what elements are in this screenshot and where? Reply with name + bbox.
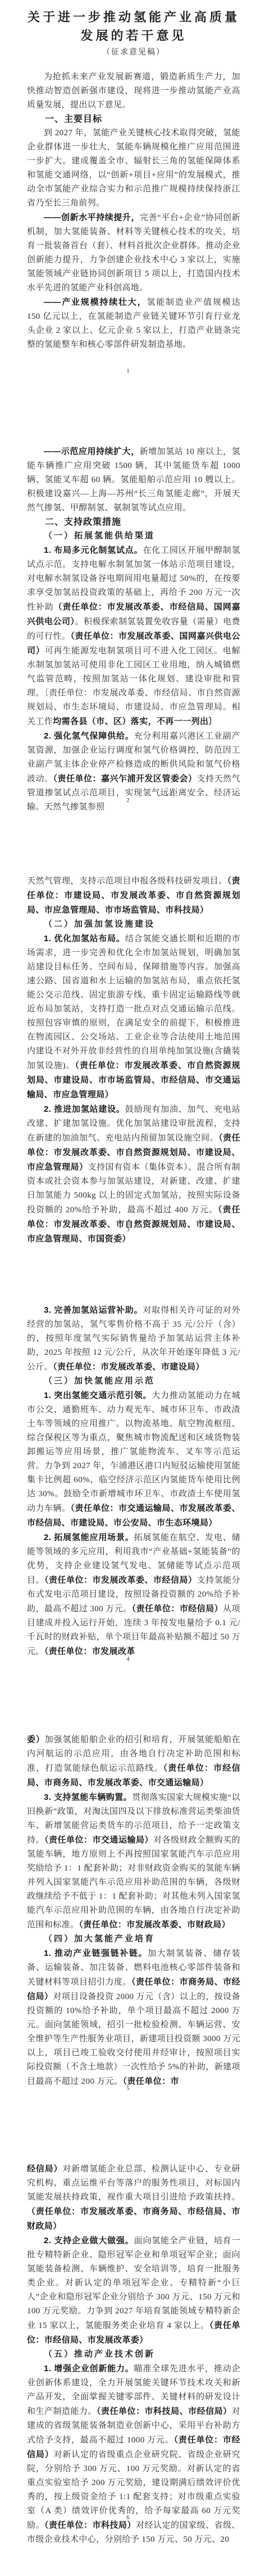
paragraph: 1. 优化加氢站布局。结合氢能交通长期和近期的市场需求，进一步完善和优化全市加氢… <box>27 932 240 1102</box>
page-body: 委）加强氢能船舶企业的招引和培育，开展氢能船舶在内河航运的示范应用，由各地自行决… <box>0 1717 256 2089</box>
emphasis-text-run: 1. 突出氢能交通示范引领。 <box>44 1391 152 1400</box>
emphasis-text-run: （责任单位：市经信局） <box>132 1604 223 1614</box>
emphasis-text-run: （责任单位：市科技局、市经信局） <box>97 2407 232 2416</box>
text-run: 天然气管理，支持示范项目申报各级科技研发项目。 <box>27 877 227 886</box>
page-number: 2 <box>0 797 256 804</box>
emphasis-text-run: （责任单位：市发展改革委、市经信局） <box>44 1575 197 1585</box>
paragraph: 1. 布局多元化制氢试点。在化工园区开展甲醇制氢试点示范。支持电解水制氢加氢一体… <box>27 543 240 729</box>
page-number: 1 <box>0 368 256 374</box>
document: 关于进一步推动氢能产业高质量发展的若干意见（征求意见稿）为抢抓未来产业发展新赛道… <box>0 0 256 2576</box>
page-5: 委）加强氢能船舶企业的招引和培育，开展氢能船舶在内河航运的示范应用，由各地自行决… <box>0 1717 256 2147</box>
emphasis-text-run: （责任单位：市发展改革委、市建设局） <box>53 1362 204 1372</box>
section-heading: （四）加大氢能产业培育 <box>27 1932 240 1946</box>
paragraph: 2. 拓展氢能应用场景。拓展氢能在航空、发电、储能等领域的多元应用，利用我市“产… <box>27 1530 240 1659</box>
text-run: 对项目设备投资 2000 万元（含）以上的，按设备投资额的 10%给予补助，单个… <box>27 1992 240 2086</box>
emphasis-text-run: （责任单位：市发展改革 <box>44 1647 135 1656</box>
paragraph: ——示范应用持续扩大，新增加氢站 10 座以上，氢能车辆推广应用突破 1500 … <box>27 444 240 515</box>
emphasis-text-run: ——示范应用持续扩大， <box>44 447 140 456</box>
paragraph: 经信局）对新增氢能企业总部、检测认证中心、专业研究机构、重点运维平台等落户的服务… <box>27 2162 240 2234</box>
paragraph: 天然气管理，支持示范项目申报各级科技研发项目。（责任单位：市建设局、市发展改革委… <box>27 874 240 918</box>
text-run: 结合氢能交通长期和近期的市场需求，进一步完善和优化全市加氢站规划，明确加氢站建设… <box>27 934 240 1070</box>
emphasis-text-run: （责任单位：市发展改革委、市财政局） <box>79 1920 230 1929</box>
emphasis-text-run: 1. 推动产业链强链补链。 <box>44 1949 148 1958</box>
page-3: 天然气管理，支持示范项目申报各级科技研发项目。（责任单位：市建设局、市发展改革委… <box>0 859 256 1288</box>
emphasis-text-run: 3. 支持氢能车辆购置。 <box>44 1793 132 1802</box>
page-4: 3. 完善加氢站运营补助。对取得相关许可证的对外经营的加氢站，氢气零售价格不高于… <box>0 1288 256 1717</box>
doc-title-line: 发展的若干意见 <box>27 27 240 45</box>
paragraph: 1. 突出氢能交通示范引领。大力推动氢能动力在城市公交、通勤班车、动力观光车、城… <box>27 1388 240 1530</box>
emphasis-text-run: 1. 增强企业创新能力。 <box>44 2364 134 2373</box>
page-body: 天然气管理，支持示范项目申报各级科技研发项目。（责任单位：市建设局、市发展改革委… <box>0 859 256 1246</box>
page-body: 关于进一步推动氢能产业高质量发展的若干意见（征求意见稿）为抢抓未来产业发展新赛道… <box>0 0 256 352</box>
text-run: 可再生能源发电制氢项目可不进入化工园区。电解水制氢加氢站可使用非化工园区工业用地… <box>27 647 240 726</box>
page-body: 经信局）对新增氢能企业总部、检测认证中心、专业研究机构、重点运维平台等落户的服务… <box>0 2147 256 2547</box>
text-run: 大力推动氢能动力在城市公交、通勤班车、动力观光车、城市环卫车、市政渣土车等领域的… <box>27 1391 240 1513</box>
doc-subtitle: （征求意见稿） <box>27 45 240 60</box>
emphasis-text-run: 2. 推进加氢站建设。 <box>44 1104 125 1114</box>
doc-title-line: 关于进一步推动氢能产业高质量 <box>27 8 240 27</box>
section-heading: （一）拓展氢能供给渠道 <box>27 529 240 543</box>
paragraph: 2. 支持企业做大做强。面向氢能全产业链，培育一批专精特新企业、隐形冠军企业和单… <box>27 2234 240 2348</box>
page-body: ——示范应用持续扩大，新增加氢站 10 座以上，氢能车辆推广应用突破 1500 … <box>0 429 256 814</box>
page-1: 关于进一步推动氢能产业高质量发展的若干意见（征求意见稿）为抢抓未来产业发展新赛道… <box>0 0 256 429</box>
section-heading: 一、主要目标 <box>27 112 240 126</box>
emphasis-text-run: （责任单位：市发展改革委、市商务局、市经信局、市财政局） <box>27 2207 240 2231</box>
emphasis-text-run: ——创新水平持续提升， <box>44 213 140 222</box>
page-body: 3. 完善加氢站运营补助。对取得相关许可证的对外经营的加氢站，氢气零售价格不高于… <box>0 1288 256 1659</box>
paragraph: ——创新水平持续提升，完善“平台+企业”协同创新机制，加大氢能装备、材料等关键核… <box>27 210 240 295</box>
page-number: 6 <box>0 2514 256 2521</box>
paragraph: ——产业规模持续壮大，氢能制造业产值规模达 150 亿元以上，在氢能制造产业链关… <box>27 295 240 352</box>
emphasis-text-run: （责任单位：市科技局） <box>44 2520 136 2530</box>
text-run: 新增加氢站 10 座以上，氢能车辆推广应用突破 1500 辆，其中氢能货车超 1… <box>27 447 240 512</box>
page-6: 经信局）对新增氢能企业总部、检测认证中心、专业研究机构、重点运维平台等落户的服务… <box>0 2147 256 2576</box>
paragraph: 1. 推动产业链强链补链。加大制氢装备、储存装备、运输装备、加注装备、燃料电池核… <box>27 1946 240 2089</box>
text-run: 对各级财政全额购买的氢能车辆，地方原则上不再按照国家氢能汽车示范应用奖励给予 1… <box>27 1836 240 1929</box>
text-run: 面向氢能全产业链，培育一批专精特新企业、隐形冠军企业和单项冠军企业；面向氢能装备… <box>27 2236 240 2330</box>
page-2: ——示范应用持续扩大，新增加氢站 10 座以上，氢能车辆推广应用突破 1500 … <box>0 429 256 859</box>
emphasis-text-run: （责任单位：市交通运输局） <box>44 1835 153 1845</box>
section-heading: 二、支持政策措施 <box>27 515 240 529</box>
emphasis-text-run: 3. 完善加氢站运营补助。 <box>44 1305 143 1315</box>
emphasis-text-run: 2. 拓展氢能应用场景。 <box>44 1533 134 1542</box>
text-run: 到 2027 年，氢能产业关键核心技术取得突破，氢能企业群体进一步壮大，氢能车辆… <box>27 129 240 208</box>
paragraph: 为抢抓未来产业发展新赛道，锻造新质生产力，加快推动智造创新强市建设，现将进一步推… <box>27 70 240 112</box>
text-run: 为抢抓未来产业发展新赛道，锻造新质生产力，加快推动智造创新强市建设，现将进一步推… <box>27 72 240 109</box>
emphasis-text-run: 经信局） <box>27 2164 62 2174</box>
section-heading: （二）加强加氢设施建设 <box>27 918 240 932</box>
emphasis-text-run: 1. 优化加氢站布局。 <box>44 934 125 943</box>
section-heading: （三）加快氢能应用示范 <box>27 1374 240 1388</box>
emphasis-text-run: 2. 强化氢气保障供给。 <box>44 731 134 741</box>
emphasis-text-run: 委） <box>27 1735 45 1744</box>
emphasis-text-run: （责任单位：嘉兴乍浦开发区管委会） <box>53 774 197 783</box>
emphasis-text-run: ——产业规模持续壮大， <box>44 297 147 307</box>
emphasis-text-run: 均需各县（市、区）落实，不再一一列出〕 <box>53 717 217 726</box>
paragraph: 3. 完善加氢站运营补助。对取得相关许可证的对外经营的加氢站，氢气零售价格不高于… <box>27 1303 240 1374</box>
page-number: 5 <box>0 2085 256 2092</box>
emphasis-text-run: 2. 支持企业做大做强。 <box>44 2236 134 2245</box>
paragraph: 3. 支持氢能车辆购置。贯彻落实国家大规模实施“以旧换新”政策，对淘汰国四及以下… <box>27 1790 240 1932</box>
page-number: 4 <box>0 1656 256 1662</box>
section-heading: （五）推动产业技术创新 <box>27 2348 240 2362</box>
page-number: 3 <box>0 1226 256 1233</box>
paragraph: 2. 推进加氢站建设。鼓励现有加油、加气、充电站改建、扩建加氢设施。优化加氢站建… <box>27 1102 240 1246</box>
paragraph: 委）加强氢能船舶企业的招引和培育，开展氢能船舶在内河航运的示范应用，由各地自行决… <box>27 1732 240 1790</box>
paragraph: 到 2027 年，氢能产业关键核心技术取得突破，氢能企业群体进一步壮大，氢能车辆… <box>27 126 240 210</box>
text-run: 完善“平台+企业”协同创新机制，加大氢能装备、材料等关键核心技术的攻关，培育一批… <box>27 213 240 292</box>
emphasis-text-run: 1. 布局多元化制氢试点。 <box>44 546 143 555</box>
